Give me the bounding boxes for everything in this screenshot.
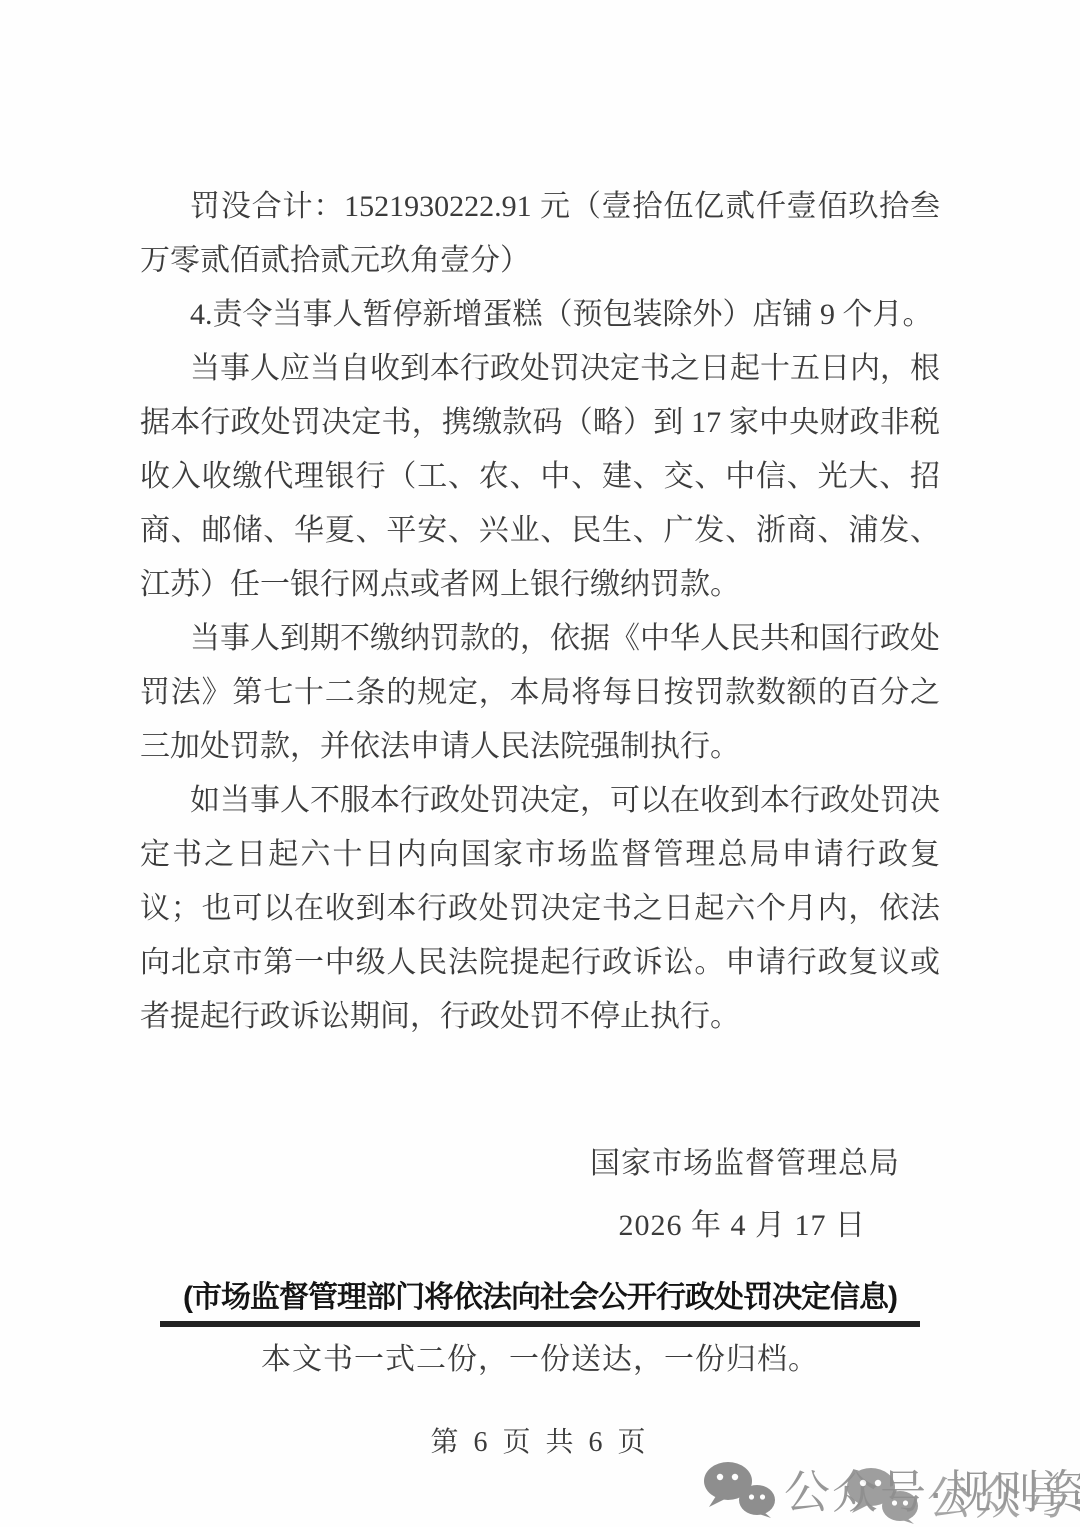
page-indicator: 第 6 页 共 6 页 <box>0 1420 1080 1460</box>
issuing-authority: 国家市场监督管理总局 <box>0 1138 900 1182</box>
paragraph-fine-total: 罚没合计：1521930222.91 元（壹拾伍亿贰仟壹佰玖拾叁万零贰佰贰拾贰元… <box>140 180 940 288</box>
wechat-icon <box>845 1466 919 1524</box>
paragraph-order-item-4: 4.责令当事人暂停新增蛋糕（预包装除外）店铺 9 个月。 <box>140 288 940 342</box>
watermark-text: 公众号·规则资本 <box>784 1456 1080 1522</box>
penalty-decision-page: 罚没合计：1521930222.91 元（壹拾伍亿贰仟壹佰玖拾叁万零贰佰贰拾贰元… <box>0 0 1080 1527</box>
paragraph-appeal-rights: 如当事人不服本行政处罚决定，可以在收到本行政处罚决定书之日起六十日内向国家市场监… <box>140 774 940 1044</box>
document-body: 罚没合计：1521930222.91 元（壹拾伍亿贰仟壹佰玖拾叁万零贰佰贰拾贰元… <box>140 180 940 1044</box>
paragraph-payment-instructions: 当事人应当自收到本行政处罚决定书之日起十五日内，根据本行政处罚决定书，携缴款码（… <box>140 342 940 612</box>
watermark-layer-1: 公众号·规则资本 <box>702 1456 1080 1522</box>
watermark-layer-2: 公众号·规则资本 <box>845 1462 1080 1527</box>
publicity-notice-block: (市场监督管理部门将依法向社会公开行政处罚决定信息) <box>160 1272 920 1327</box>
wechat-icon <box>702 1460 776 1518</box>
paragraph-late-payment-penalty: 当事人到期不缴纳罚款的，依据《中华人民共和国行政处罚法》第七十二条的规定，本局将… <box>140 612 940 774</box>
publicity-notice: (市场监督管理部门将依法向社会公开行政处罚决定信息) <box>160 1272 920 1316</box>
issue-date: 2026 年 4 月 17 日 <box>0 1200 866 1244</box>
copies-note: 本文书一式二份，一份送达，一份归档。 <box>0 1334 1080 1378</box>
watermark: 公众号·规则资本 公众号·规则资本 <box>690 1452 1080 1527</box>
watermark-text: 公众号·规则资本 <box>927 1462 1080 1527</box>
